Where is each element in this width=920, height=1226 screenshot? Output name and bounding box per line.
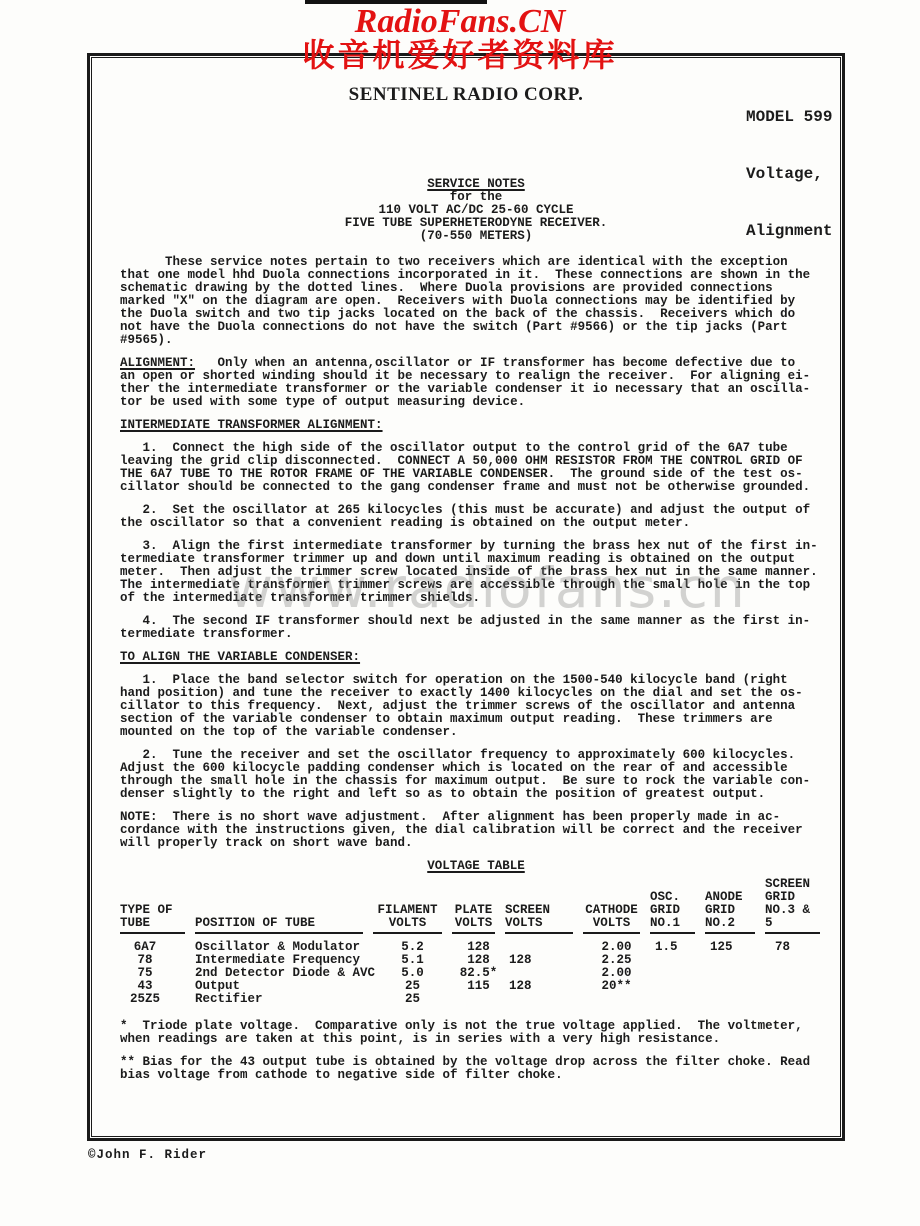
company-name: SENTINEL RADIO CORP. bbox=[87, 84, 845, 106]
table-cell bbox=[705, 967, 765, 980]
table-cell bbox=[650, 967, 705, 980]
scanned-service-page: RadioFans.CN 收音机爱好者资料库 SENTINEL RADIO CO… bbox=[0, 0, 920, 1226]
table-cell bbox=[650, 980, 705, 993]
table-cell bbox=[705, 993, 765, 1006]
column-header: FILAMENTVOLTS bbox=[373, 904, 452, 934]
table-cell bbox=[765, 967, 830, 980]
table-cell: 78 bbox=[120, 954, 195, 967]
voltage-table-header: TYPE OFTUBEPOSITION OF TUBEFILAMENTVOLTS… bbox=[120, 878, 832, 934]
table-cell bbox=[505, 993, 583, 1006]
column-header: OSC.GRIDNO.1 bbox=[650, 891, 705, 934]
table-cell: 125 bbox=[705, 941, 765, 954]
paragraph: ALIGNMENT: Only when an antenna,oscillat… bbox=[120, 357, 832, 409]
column-header: PLATEVOLTS bbox=[452, 904, 505, 934]
table-cell bbox=[583, 993, 650, 1006]
paragraph: 2. Tune the receiver and set the oscilla… bbox=[120, 749, 832, 801]
voltage-table-title: VOLTAGE TABLE bbox=[120, 860, 832, 873]
model-number: MODEL 599 bbox=[746, 108, 832, 127]
column-header: SCREENVOLTS bbox=[505, 904, 583, 934]
table-cell: 115 bbox=[452, 980, 505, 993]
paragraph: 4. The second IF transformer should next… bbox=[120, 615, 832, 641]
table-cell bbox=[705, 980, 765, 993]
table-cell bbox=[765, 980, 830, 993]
table-cell: 25 bbox=[373, 993, 452, 1006]
column-header: TYPE OFTUBE bbox=[120, 904, 195, 934]
voltage-table: VOLTAGE TABLE TYPE OFTUBEPOSITION OF TUB… bbox=[120, 860, 832, 1006]
table-cell: 1.5 bbox=[650, 941, 705, 954]
paragraph: 2. Set the oscillator at 265 kilocycles … bbox=[120, 504, 832, 530]
footnote: * Triode plate voltage. Comparative only… bbox=[120, 1020, 832, 1046]
paragraph: NOTE: There is no short wave adjustment.… bbox=[120, 811, 832, 850]
column-header: CATHODEVOLTS bbox=[583, 904, 650, 934]
table-cell bbox=[765, 993, 830, 1006]
column-header: SCREENGRIDNO.3 & 5 bbox=[765, 878, 830, 934]
table-cell bbox=[650, 993, 705, 1006]
footnote: ** Bias for the 43 output tube is obtain… bbox=[120, 1056, 832, 1082]
section-heading: TO ALIGN THE VARIABLE CONDENSER: bbox=[120, 651, 832, 664]
table-cell: 78 bbox=[765, 941, 830, 954]
table-cell bbox=[765, 954, 830, 967]
table-cell: 20** bbox=[583, 980, 650, 993]
paragraph: 1. Place the band selector switch for op… bbox=[120, 674, 832, 739]
table-cell: Rectifier bbox=[195, 993, 373, 1006]
column-header: ANODEGRIDNO.2 bbox=[705, 891, 765, 934]
footnotes: * Triode plate voltage. Comparative only… bbox=[120, 1020, 832, 1082]
voltage-table-rows: 6A7Oscillator & Modulator5.21282.001.512… bbox=[120, 941, 832, 1006]
table-cell: 128 bbox=[505, 954, 583, 967]
document-body: SERVICE NOTESfor the110 VOLT AC/DC 25-60… bbox=[120, 178, 832, 1092]
table-cell: 6A7 bbox=[120, 941, 195, 954]
column-header: POSITION OF TUBE bbox=[195, 917, 373, 934]
title-block: SERVICE NOTESfor the110 VOLT AC/DC 25-60… bbox=[120, 178, 832, 243]
text-blocks: SERVICE NOTESfor the110 VOLT AC/DC 25-60… bbox=[120, 178, 832, 850]
table-cell: 75 bbox=[120, 967, 195, 980]
table-cell: 25Z5 bbox=[120, 993, 195, 1006]
site-title: RadioFans.CN bbox=[0, 5, 920, 39]
copyright-footer: ©John F. Rider bbox=[88, 1148, 207, 1162]
table-cell bbox=[705, 954, 765, 967]
paragraph: 1. Connect the high side of the oscillat… bbox=[120, 442, 832, 494]
paragraph: These service notes pertain to two recei… bbox=[120, 256, 832, 347]
table-cell bbox=[452, 993, 505, 1006]
table-cell: 128 bbox=[505, 980, 583, 993]
table-row: 25Z5Rectifier25 bbox=[120, 993, 832, 1006]
section-heading: INTERMEDIATE TRANSFORMER ALIGNMENT: bbox=[120, 419, 832, 432]
site-subtitle-cn: 收音机爱好者资料库 bbox=[0, 38, 920, 72]
paragraph: 3. Align the first intermediate transfor… bbox=[120, 540, 832, 605]
table-cell bbox=[650, 954, 705, 967]
